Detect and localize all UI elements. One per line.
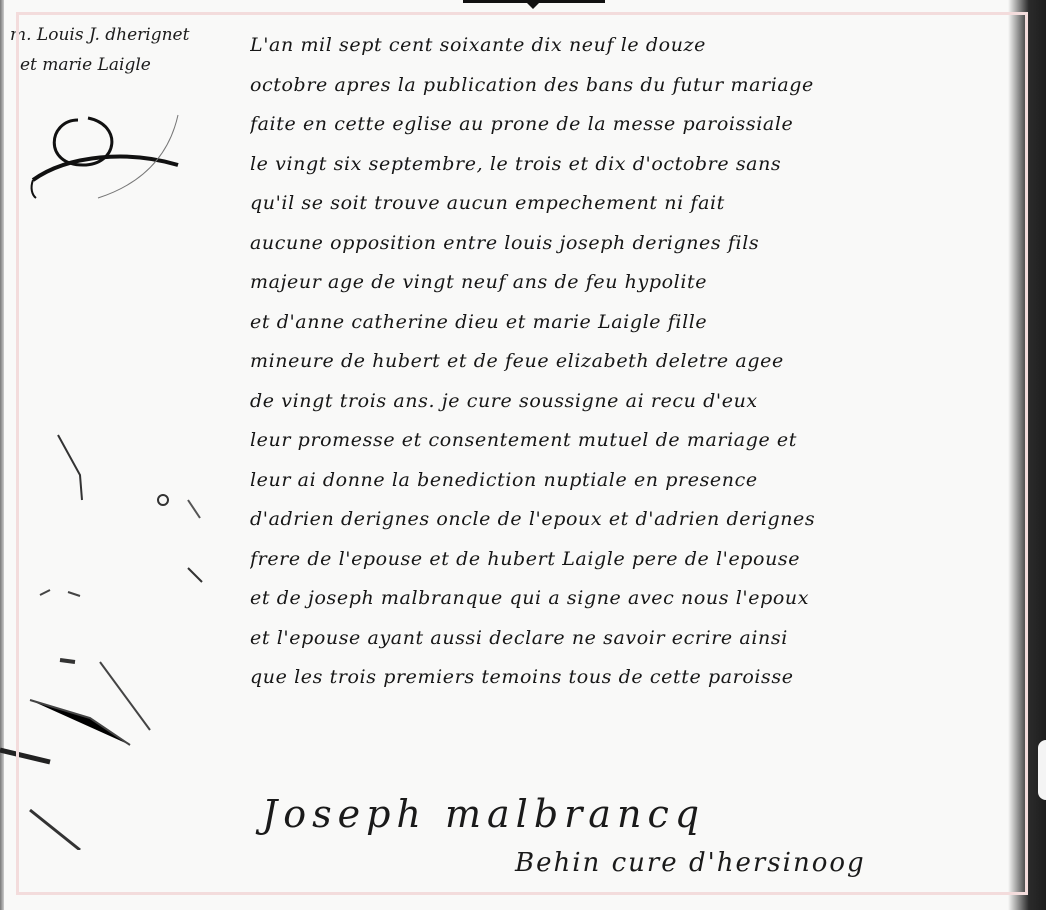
body-line: et d'anne catherine dieu et marie Laigle… (250, 303, 1020, 343)
body-line: majeur age de vingt neuf ans de feu hypo… (250, 263, 1020, 303)
body-line: leur promesse et consentement mutuel de … (250, 421, 1020, 461)
margin-annotation: m. Louis J. dherignet et marie Laigle (10, 20, 225, 80)
body-line: le vingt six septembre, le trois et dix … (250, 145, 1020, 185)
body-line: qu'il se soit trouve aucun empechement n… (250, 184, 1020, 224)
body-line: d'adrien derignes oncle de l'epoux et d'… (250, 500, 1020, 540)
body-line: et l'epouse ayant aussi declare ne savoi… (250, 619, 1020, 659)
body-line: faite en cette eglise au prone de la mes… (250, 105, 1020, 145)
body-line: leur ai donne la benediction nuptiale en… (250, 461, 1020, 501)
margin-faded-marks (0, 400, 240, 850)
body-line: frere de l'epouse et de hubert Laigle pe… (250, 540, 1020, 580)
record-body: L'an mil sept cent soixante dix neuf le … (250, 26, 1020, 698)
paraph-flourish-icon (28, 110, 188, 200)
body-line: mineure de hubert et de feue elizabeth d… (250, 342, 1020, 382)
body-line: et de joseph malbranque qui a signe avec… (250, 579, 1020, 619)
body-line: que les trois premiers temoins tous de c… (250, 658, 1020, 698)
collapse-arrow-icon[interactable] (527, 3, 539, 9)
body-line: aucune opposition entre louis joseph der… (250, 224, 1020, 264)
priest-signature: Behin cure d'hersinoog (515, 848, 866, 878)
body-line: octobre apres la publication des bans du… (250, 66, 1020, 106)
margin-groom-name: m. Louis J. dherignet (10, 20, 225, 50)
witness-signature: Joseph malbrancq (262, 792, 705, 836)
body-line: L'an mil sept cent soixante dix neuf le … (250, 26, 1020, 66)
document-scan: m. Louis J. dherignet et marie Laigle L'… (0, 0, 1046, 910)
margin-bride-name: et marie Laigle (10, 50, 225, 80)
body-line: de vingt trois ans. je cure soussigne ai… (250, 382, 1020, 422)
gutter-notch (1038, 740, 1046, 800)
